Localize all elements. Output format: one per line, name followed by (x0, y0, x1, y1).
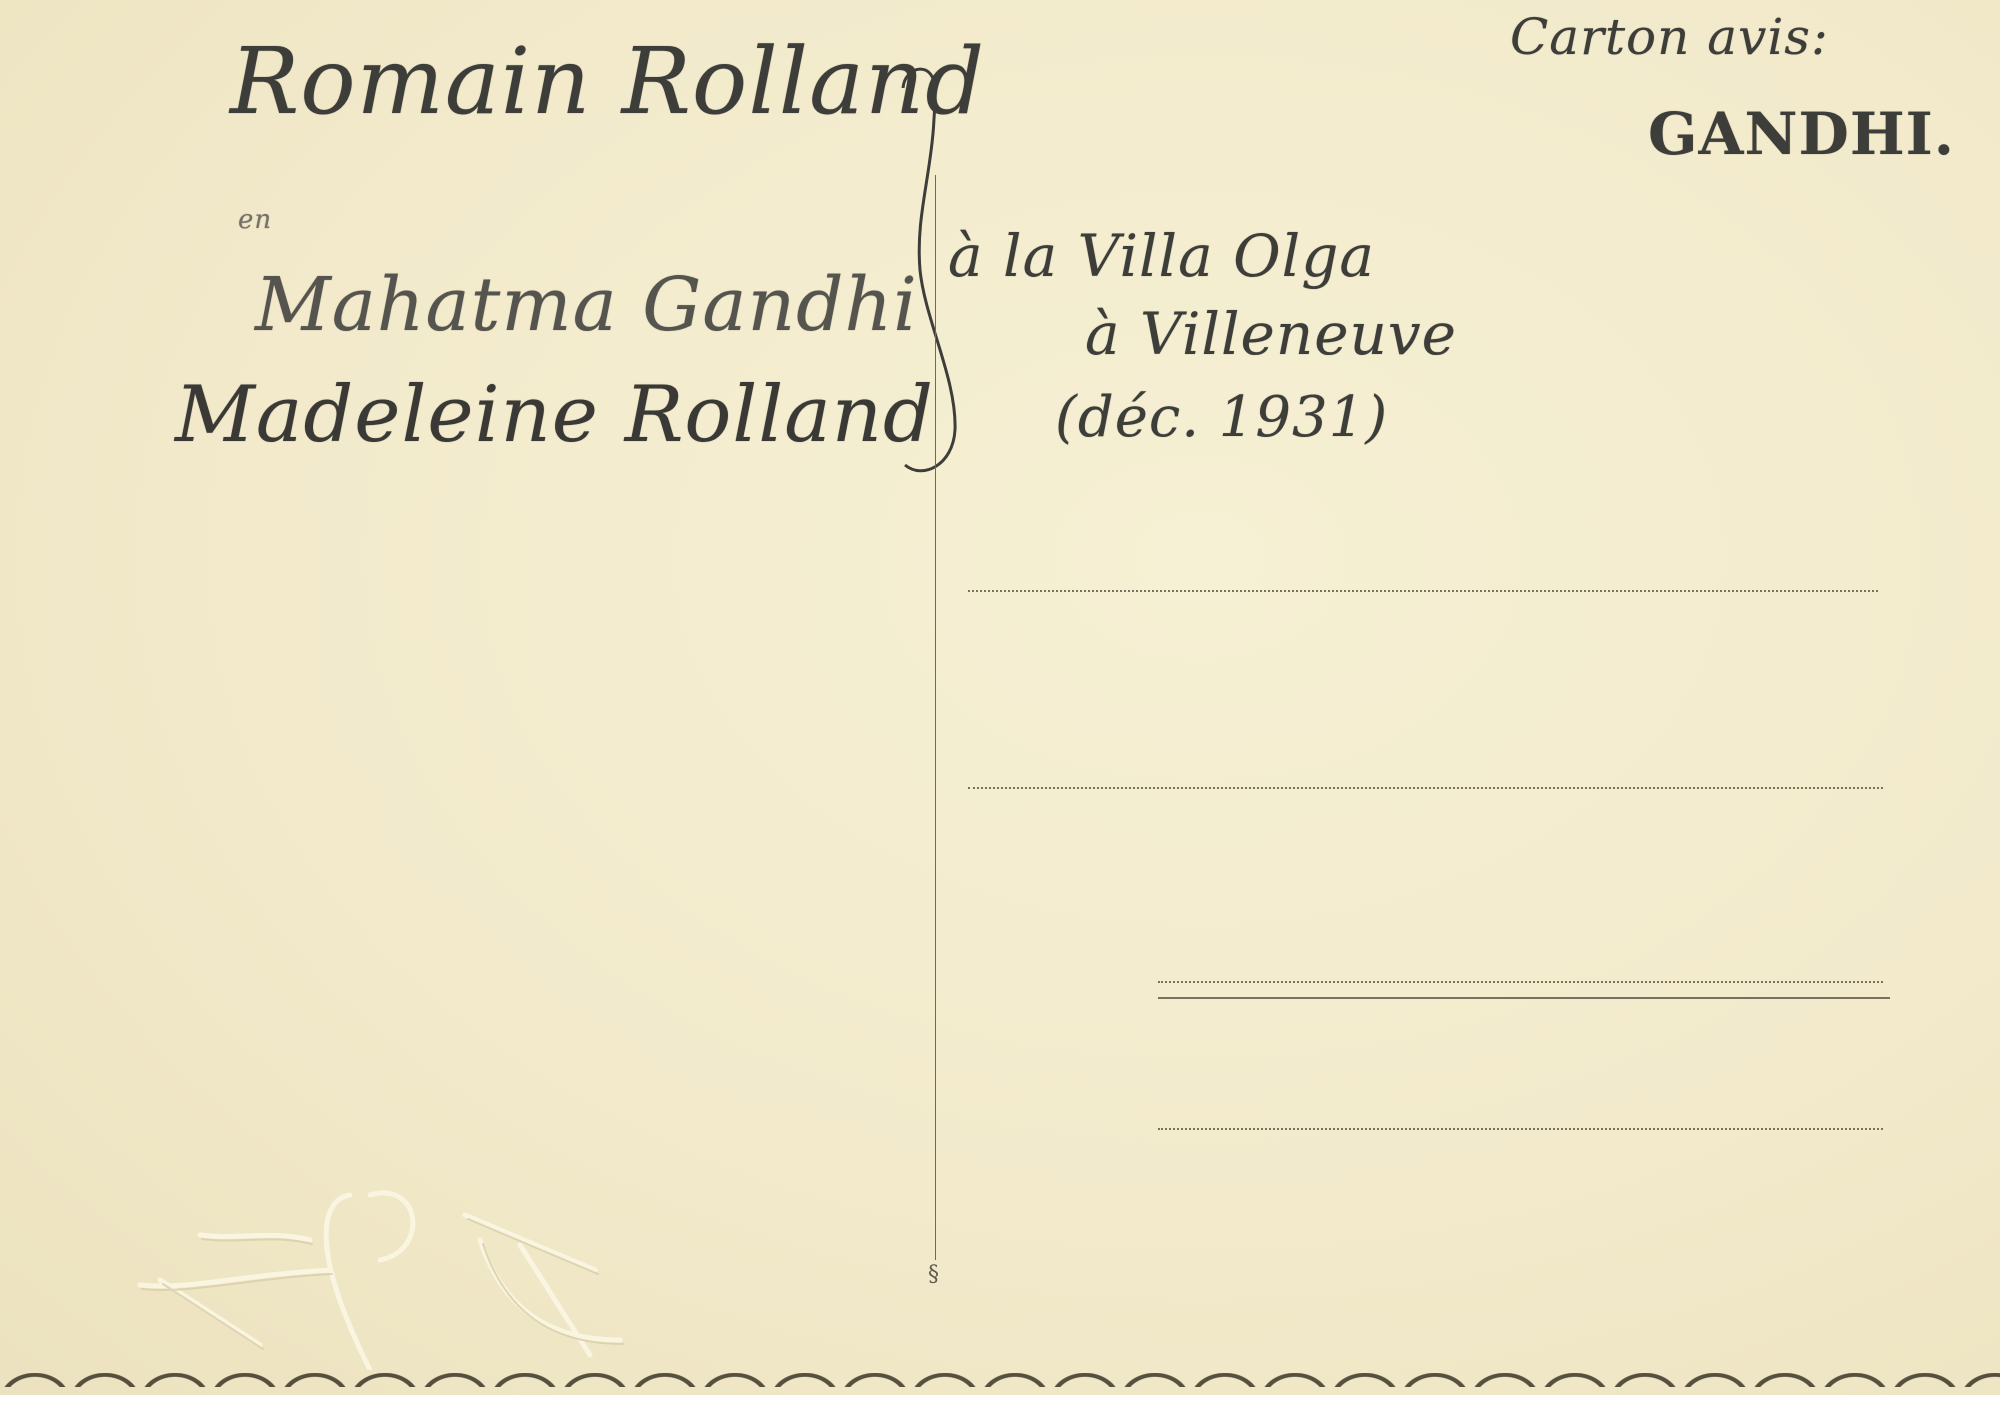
address-line-4 (1158, 1128, 1883, 1130)
note-mahatma-gandhi: Mahatma Gandhi (255, 262, 918, 348)
center-divider-line (935, 175, 936, 1260)
address-line-3 (1158, 981, 1883, 983)
note-date: (déc. 1931) (1055, 385, 1388, 450)
printer-section-mark: § (928, 1262, 939, 1287)
note-villa-olga: à la Villa Olga (948, 222, 1375, 290)
postcard-back: Romain Rolland en Mahatma Gandhi Madelei… (0, 0, 2000, 1395)
note-connector-en: en (238, 205, 272, 235)
deckled-edge (0, 1373, 2000, 1387)
address-line-1 (968, 590, 1878, 592)
note-romain-rolland: Romain Rolland (230, 28, 985, 135)
note-gandhi: GANDHI. (1648, 100, 1955, 168)
note-carton-avis: Carton avis: (1510, 8, 1829, 66)
note-villeneuve: à Villeneuve (1085, 300, 1457, 368)
address-line-2 (968, 787, 1883, 789)
note-madeleine-rolland: Madeleine Rolland (175, 370, 934, 460)
embossed-signature-mark (120, 1140, 760, 1370)
address-underline (1158, 997, 1890, 999)
